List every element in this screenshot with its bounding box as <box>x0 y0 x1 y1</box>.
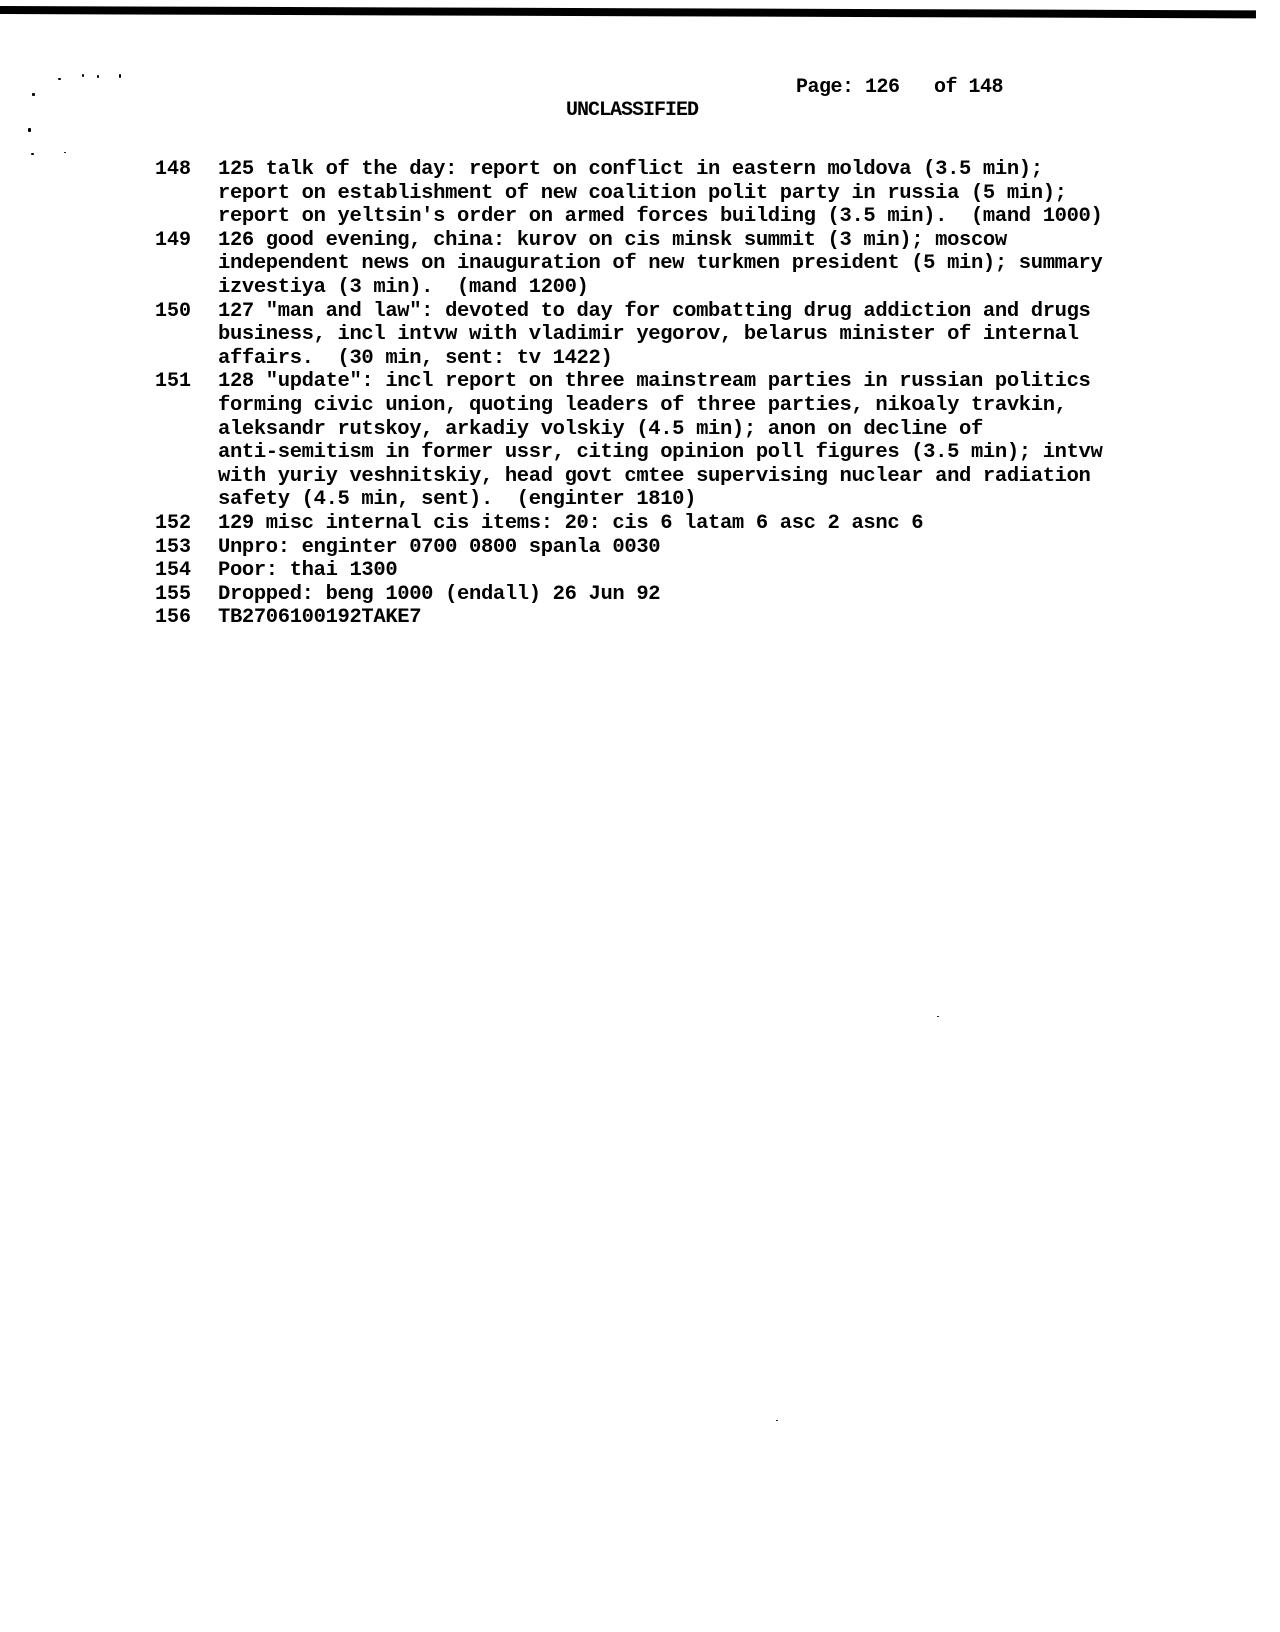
classification-marking: UNCLASSIFIED <box>566 99 698 122</box>
log-entry: 154 Poor: thai 1300 <box>155 559 1175 583</box>
entry-text: 127 "man and law": devoted to day for co… <box>218 300 1091 371</box>
entry-text: 128 "update": incl report on three mains… <box>218 370 1102 512</box>
line-number: 149 <box>155 229 218 253</box>
line-number: 150 <box>155 300 218 324</box>
log-entry: 150 127 "man and law": devoted to day fo… <box>155 300 1175 371</box>
scan-speck <box>31 153 34 155</box>
entry-text: TB2706100192TAKE7 <box>218 606 421 630</box>
entry-text: 126 good evening, china: kurov on cis mi… <box>218 229 1102 300</box>
scan-speck <box>82 74 84 77</box>
scan-speck <box>58 78 61 80</box>
scan-top-border-rule <box>0 6 1256 18</box>
line-number: 152 <box>155 512 218 536</box>
log-entry: 148 125 talk of the day: report on confl… <box>155 158 1175 229</box>
log-entry: 155 Dropped: beng 1000 (endall) 26 Jun 9… <box>155 583 1175 607</box>
scan-speck <box>776 1420 778 1421</box>
log-entries: 148 125 talk of the day: report on confl… <box>155 158 1175 630</box>
log-entry: 153 Unpro: enginter 0700 0800 spanla 003… <box>155 536 1175 560</box>
line-number: 155 <box>155 583 218 607</box>
log-entry: 156 TB2706100192TAKE7 <box>155 606 1175 630</box>
scan-speck <box>32 93 35 96</box>
line-number: 153 <box>155 536 218 560</box>
scan-speck <box>937 1016 939 1017</box>
entry-text: 129 misc internal cis items: 20: cis 6 l… <box>218 512 923 536</box>
page-number: Page: 126 of 148 <box>796 76 1003 99</box>
log-entry: 151 128 "update": incl report on three m… <box>155 370 1175 512</box>
scan-speck <box>97 75 99 78</box>
entry-text: Poor: thai 1300 <box>218 559 397 583</box>
line-number: 154 <box>155 559 218 583</box>
scan-speck <box>119 74 121 78</box>
entry-text: Unpro: enginter 0700 0800 spanla 0030 <box>218 536 660 560</box>
scan-speck <box>64 152 66 153</box>
line-number: 148 <box>155 158 218 182</box>
log-entry: 149 126 good evening, china: kurov on ci… <box>155 229 1175 300</box>
scan-speck <box>28 128 31 132</box>
line-number: 151 <box>155 370 218 394</box>
line-number: 156 <box>155 606 218 630</box>
entry-text: Dropped: beng 1000 (endall) 26 Jun 92 <box>218 583 660 607</box>
entry-text: 125 talk of the day: report on conflict … <box>218 158 1102 229</box>
log-entry: 152 129 misc internal cis items: 20: cis… <box>155 512 1175 536</box>
